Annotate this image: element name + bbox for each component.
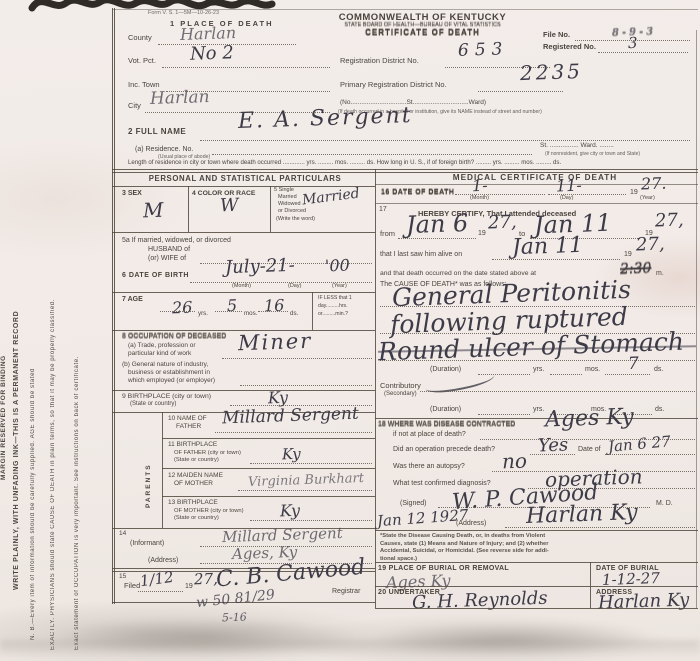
paper-smudge-left <box>50 618 360 656</box>
last-saw-label: that I last saw him alive on <box>380 251 462 258</box>
age-mos-unit: mos. <box>244 311 257 318</box>
death-year-value: 27. <box>641 176 667 193</box>
dod-row-bottom <box>375 203 698 204</box>
dob-month-note: (Month) <box>232 284 251 290</box>
operation-date-value: Jan 6 27 <box>607 434 671 454</box>
certificate-heading: CERTIFICATE OF DEATH <box>340 29 505 37</box>
informant-number: 14 <box>119 531 126 538</box>
marital-option-4: or Divorced <box>278 209 306 215</box>
autopsy-value: no <box>502 451 528 472</box>
age-years-value: 26 <box>172 300 193 317</box>
sex-box-top <box>112 186 375 187</box>
where-row-top <box>375 418 698 419</box>
full-name-value: E. A. Sergent <box>238 105 413 133</box>
last-saw-year-prefix: 19 <box>624 251 632 258</box>
where-contracted-label: 18 WHERE WAS DISEASE CONTRACTED <box>378 421 515 428</box>
if-less-note-2: day.........hrs. <box>318 304 348 309</box>
test-label: What test confirmed diagnosis? <box>393 480 491 487</box>
autopsy-label: Was there an autopsy? <box>393 463 465 470</box>
from-year-prefix: 19 <box>478 230 486 237</box>
duration-mos-unit: mos. <box>585 366 600 373</box>
county-value: Harlan <box>180 25 237 43</box>
undertaker-address-value: Harlan Ky <box>598 591 690 612</box>
cause-footnote-3: Accidental, Suicidal, or Homicidal. (See… <box>380 548 549 554</box>
birthplace-sub-label: (State or country) <box>130 401 176 407</box>
signed-address-line <box>505 526 695 528</box>
color-race-value: W <box>220 197 239 216</box>
filed-number: 15 <box>119 574 126 581</box>
last-saw-value: Jan 11 <box>512 235 584 259</box>
marital-option-1: 5 Single <box>274 188 294 194</box>
age-yrs-unit: yrs. <box>198 311 208 318</box>
contributory-line <box>420 390 695 392</box>
occupation-industry-label-3: which employed (or employer) <box>128 378 215 385</box>
form-right-border <box>696 30 697 608</box>
paper-smudge-right <box>370 622 650 656</box>
signed-address-label: (Address) <box>456 520 486 527</box>
operation-line <box>530 453 575 455</box>
duration2-yrs-unit: yrs. <box>533 406 544 413</box>
city-value: Harlan <box>150 89 210 108</box>
if-not-label: if not at place of death? <box>393 431 466 438</box>
mother-birthplace-label-3: (State or country) <box>174 515 219 521</box>
father-name-label-1: 10 NAME OF <box>168 416 207 423</box>
mother-birthplace-label-2: OF MOTHER (city or town) <box>174 508 244 514</box>
birthplace-row-top <box>112 390 375 391</box>
inc-town-label: Inc. Town <box>128 81 160 89</box>
cause-footnote-1: *State the Disease Causing Death, or, in… <box>380 533 545 539</box>
occupation-industry-label-2: business or establishment in <box>128 370 210 377</box>
parents-group-label: PARENTS <box>146 438 153 508</box>
county-label: County <box>128 34 152 42</box>
death-time-unit: m. <box>656 270 664 277</box>
sex-value: M <box>143 200 164 221</box>
registration-district-value: 653 <box>458 41 509 60</box>
registrar-label: Registrar <box>332 588 360 595</box>
mother-birthplace-label-1: 13 BIRTHPLACE <box>168 500 218 507</box>
registered-no-label: Registered No. <box>543 43 596 51</box>
footnote-row-top <box>375 530 698 531</box>
father-birthplace-label-2: OF FATHER (city or town) <box>174 450 241 456</box>
vot-pct-line <box>162 66 330 68</box>
personal-title: PERSONAL AND STATISTICAL PARTICULARS <box>120 175 370 183</box>
primary-registration-label: Primary Registration District No. <box>340 81 447 89</box>
if-married-label: 5a If married, widowed, or divorced <box>122 237 231 244</box>
to-year-value: 27, <box>655 212 684 231</box>
dob-year-note: (Year) <box>332 284 347 290</box>
full-name-line <box>200 139 690 141</box>
sex-label: 3 SEX <box>122 190 142 197</box>
residence-label: (a) Residence. No. <box>135 146 193 153</box>
occupation-value: Miner <box>238 331 313 355</box>
operation-date-label: Date of <box>578 446 601 453</box>
registered-no-line <box>598 51 688 53</box>
margin-note-code: 5-16 <box>222 612 247 624</box>
father-birthplace-label-3: (State or country) <box>174 457 219 463</box>
secondary-label: (Secondary) <box>384 391 417 397</box>
column-divider <box>375 169 376 608</box>
form-number: Form V. S. 1—5M—10-26-23 <box>148 11 219 17</box>
file-no-label: File No. <box>543 31 570 39</box>
birth-year-value: '00 <box>325 258 350 275</box>
paper-smudge-band <box>0 640 700 654</box>
margin-nb-note-1: N. B.—Every item of information should b… <box>30 40 36 640</box>
burial-column-divider <box>590 562 591 608</box>
age-label: 7 AGE <box>122 296 143 303</box>
mother-maiden-value: Virginia Burkhart <box>248 472 364 489</box>
mother-maiden-line <box>238 489 372 491</box>
age-line-2 <box>215 310 242 312</box>
age-line <box>160 310 195 312</box>
sex-box-div2 <box>270 186 271 232</box>
primary-registration-line <box>478 90 563 92</box>
primary-registration-value: 2235 <box>520 61 584 83</box>
marital-value: Married <box>301 187 360 208</box>
death-certificate-scan: MARGIN RESERVED FOR BINDING WRITE PLAINL… <box>0 0 700 661</box>
duration2-line-1 <box>478 413 530 415</box>
undertaker-row-top <box>375 586 698 587</box>
mother-birthplace-value: Ky <box>280 503 301 520</box>
signed-address-value: Harlan Ky <box>526 502 638 528</box>
occupation-trade-label-2: particular kind of work <box>128 351 191 358</box>
duration-ds-unit: ds. <box>654 366 663 373</box>
signed-date-value: Jan 12 1927 <box>377 508 469 529</box>
father-birthplace-value: Ky <box>282 447 301 463</box>
from-label: from <box>380 230 395 238</box>
filed-year-prefix: 19 <box>185 583 193 590</box>
date-of-birth-value: July-21- <box>225 257 295 277</box>
if-less-box-divider <box>312 292 313 330</box>
if-less-note-3: or.........min.? <box>318 312 348 317</box>
informant-address-value: Ages, Ky <box>232 545 298 562</box>
occupation-industry-label-1: (b) General nature of industry, <box>122 362 208 369</box>
filed-line <box>138 590 183 592</box>
margin-write-plainly-note: WRITE PLAINLY, WITH UNFADING INK—THIS IS… <box>13 150 20 590</box>
vot-pct-label: Vot. Pct. <box>128 57 156 65</box>
death-year-prefix: 19 <box>630 189 638 196</box>
city-label: City <box>128 102 141 110</box>
contributory-label: Contributory <box>380 382 421 390</box>
parents-box-left <box>162 412 163 528</box>
occupation-label: 8 OCCUPATION OF DECEASED <box>122 333 226 340</box>
informant-label: (Informant) <box>130 540 164 547</box>
wife-of-label: (or) WIFE of <box>148 255 186 262</box>
registered-no-value: 3 <box>628 36 638 51</box>
filed-year-value: 27, <box>194 572 218 588</box>
form-left-border <box>112 8 115 604</box>
age-line-3 <box>258 310 288 312</box>
father-birthplace-label-1: 11 BIRTHPLACE <box>168 442 217 449</box>
margin-nb-note-2: EXACTLY. PHYSICIANS should state CAUSE O… <box>50 30 56 650</box>
sex-box-bottom <box>112 232 375 233</box>
residence-st-ward: St. ................ Ward. ........ <box>540 143 614 150</box>
father-row-bottom <box>162 438 375 439</box>
father-bp-row-bottom <box>162 468 375 469</box>
registration-district-label: Registration District No. <box>340 57 419 65</box>
filed-date-value: 1/12 <box>139 570 174 590</box>
margin-nb-note-3: Exact statement of OCCUPATION is very im… <box>74 90 80 650</box>
death-month-note: (Month) <box>470 196 489 202</box>
signed-label: (Signed) <box>400 500 426 507</box>
sex-box-div1 <box>188 186 189 232</box>
marital-option-2: Married <box>278 195 297 201</box>
filed-label: Filed <box>124 582 140 590</box>
death-occurred-label: and that death occurred on the date stat… <box>380 270 536 277</box>
birthplace-label: 9 BIRTHPLACE (city or town) <box>122 393 211 400</box>
mother-maiden-label-2: OF MOTHER <box>174 481 213 488</box>
from-value: Jan 6 <box>406 211 469 237</box>
dob-day-note: (Day) <box>288 284 301 290</box>
mother-maiden-label-1: 12 MAIDEN NAME <box>168 473 223 480</box>
mother-row-bottom <box>162 496 375 497</box>
duration-line-2 <box>550 373 582 375</box>
cause-footnote-2: Causes, state (1) Means and Nature of In… <box>380 541 548 547</box>
section-divider-1 <box>112 169 698 170</box>
father-name-line <box>215 431 372 433</box>
md-label: M. D. <box>656 500 673 507</box>
age-row-top <box>112 292 375 293</box>
duration2-ds-unit: ds. <box>655 406 664 413</box>
marital-option-3: Widowed <box>278 202 301 208</box>
margin-binding-note: MARGIN RESERVED FOR BINDING <box>1 160 8 480</box>
death-month-value: 1- <box>472 178 488 195</box>
date-of-death-label: 16 DATE OF DEATH <box>381 189 454 196</box>
death-day-note: (Day) <box>560 196 573 202</box>
father-name-value: Millard Sergent <box>222 406 359 428</box>
last-saw-year-value: 27, <box>636 236 665 255</box>
certify-number: 17 <box>379 206 387 213</box>
duration-yrs-unit: yrs. <box>533 366 544 373</box>
form-bottom-border <box>375 608 698 609</box>
father-birthplace-line <box>250 462 372 464</box>
nonresident-note: (If nonresident, give city or town and S… <box>545 152 640 157</box>
death-year-note: (Year) <box>640 196 655 202</box>
marital-write-word-note: (Write the word) <box>276 217 315 223</box>
if-less-note-1: IF LESS that 1 <box>318 296 352 301</box>
death-date-line-1 <box>455 193 545 195</box>
death-day-value: 11- <box>556 178 582 195</box>
duration-days-value: 7 <box>628 356 639 373</box>
age-ds-unit: ds. <box>290 311 298 318</box>
margin-note-numbers: w 50 81/29 <box>195 588 275 610</box>
length-of-residence-line: Length of residence in city or town wher… <box>128 160 561 166</box>
from-year-value: 27, <box>488 214 517 233</box>
operation-label: Did an operation precede death? <box>393 446 495 453</box>
occupation-trade-label-1: (a) Trade, profession or <box>128 343 196 350</box>
burial-row-top <box>375 562 698 563</box>
informant-address-label: (Address) <box>148 557 178 564</box>
mother-birthplace-line <box>250 519 372 521</box>
occupation-line <box>222 357 372 359</box>
duration-label: (Duration) <box>430 366 461 373</box>
residence-line <box>212 153 532 155</box>
husband-of-label: HUSBAND of <box>148 246 190 253</box>
vot-pct-value: No 2 <box>190 44 234 64</box>
where-contracted-value: Ages Ky <box>545 406 634 431</box>
operation-date-line <box>605 453 695 455</box>
informant-value: Millard Sergent <box>222 526 343 545</box>
father-name-label-2: FATHER <box>176 424 201 431</box>
full-name-label: 2 FULL NAME <box>128 128 186 136</box>
duration2-label: (Duration) <box>430 406 461 413</box>
occupation-industry-line <box>240 384 372 386</box>
cause-footnote-4: tional space.) <box>380 556 417 562</box>
date-of-birth-label: 6 DATE OF BIRTH <box>122 272 189 279</box>
